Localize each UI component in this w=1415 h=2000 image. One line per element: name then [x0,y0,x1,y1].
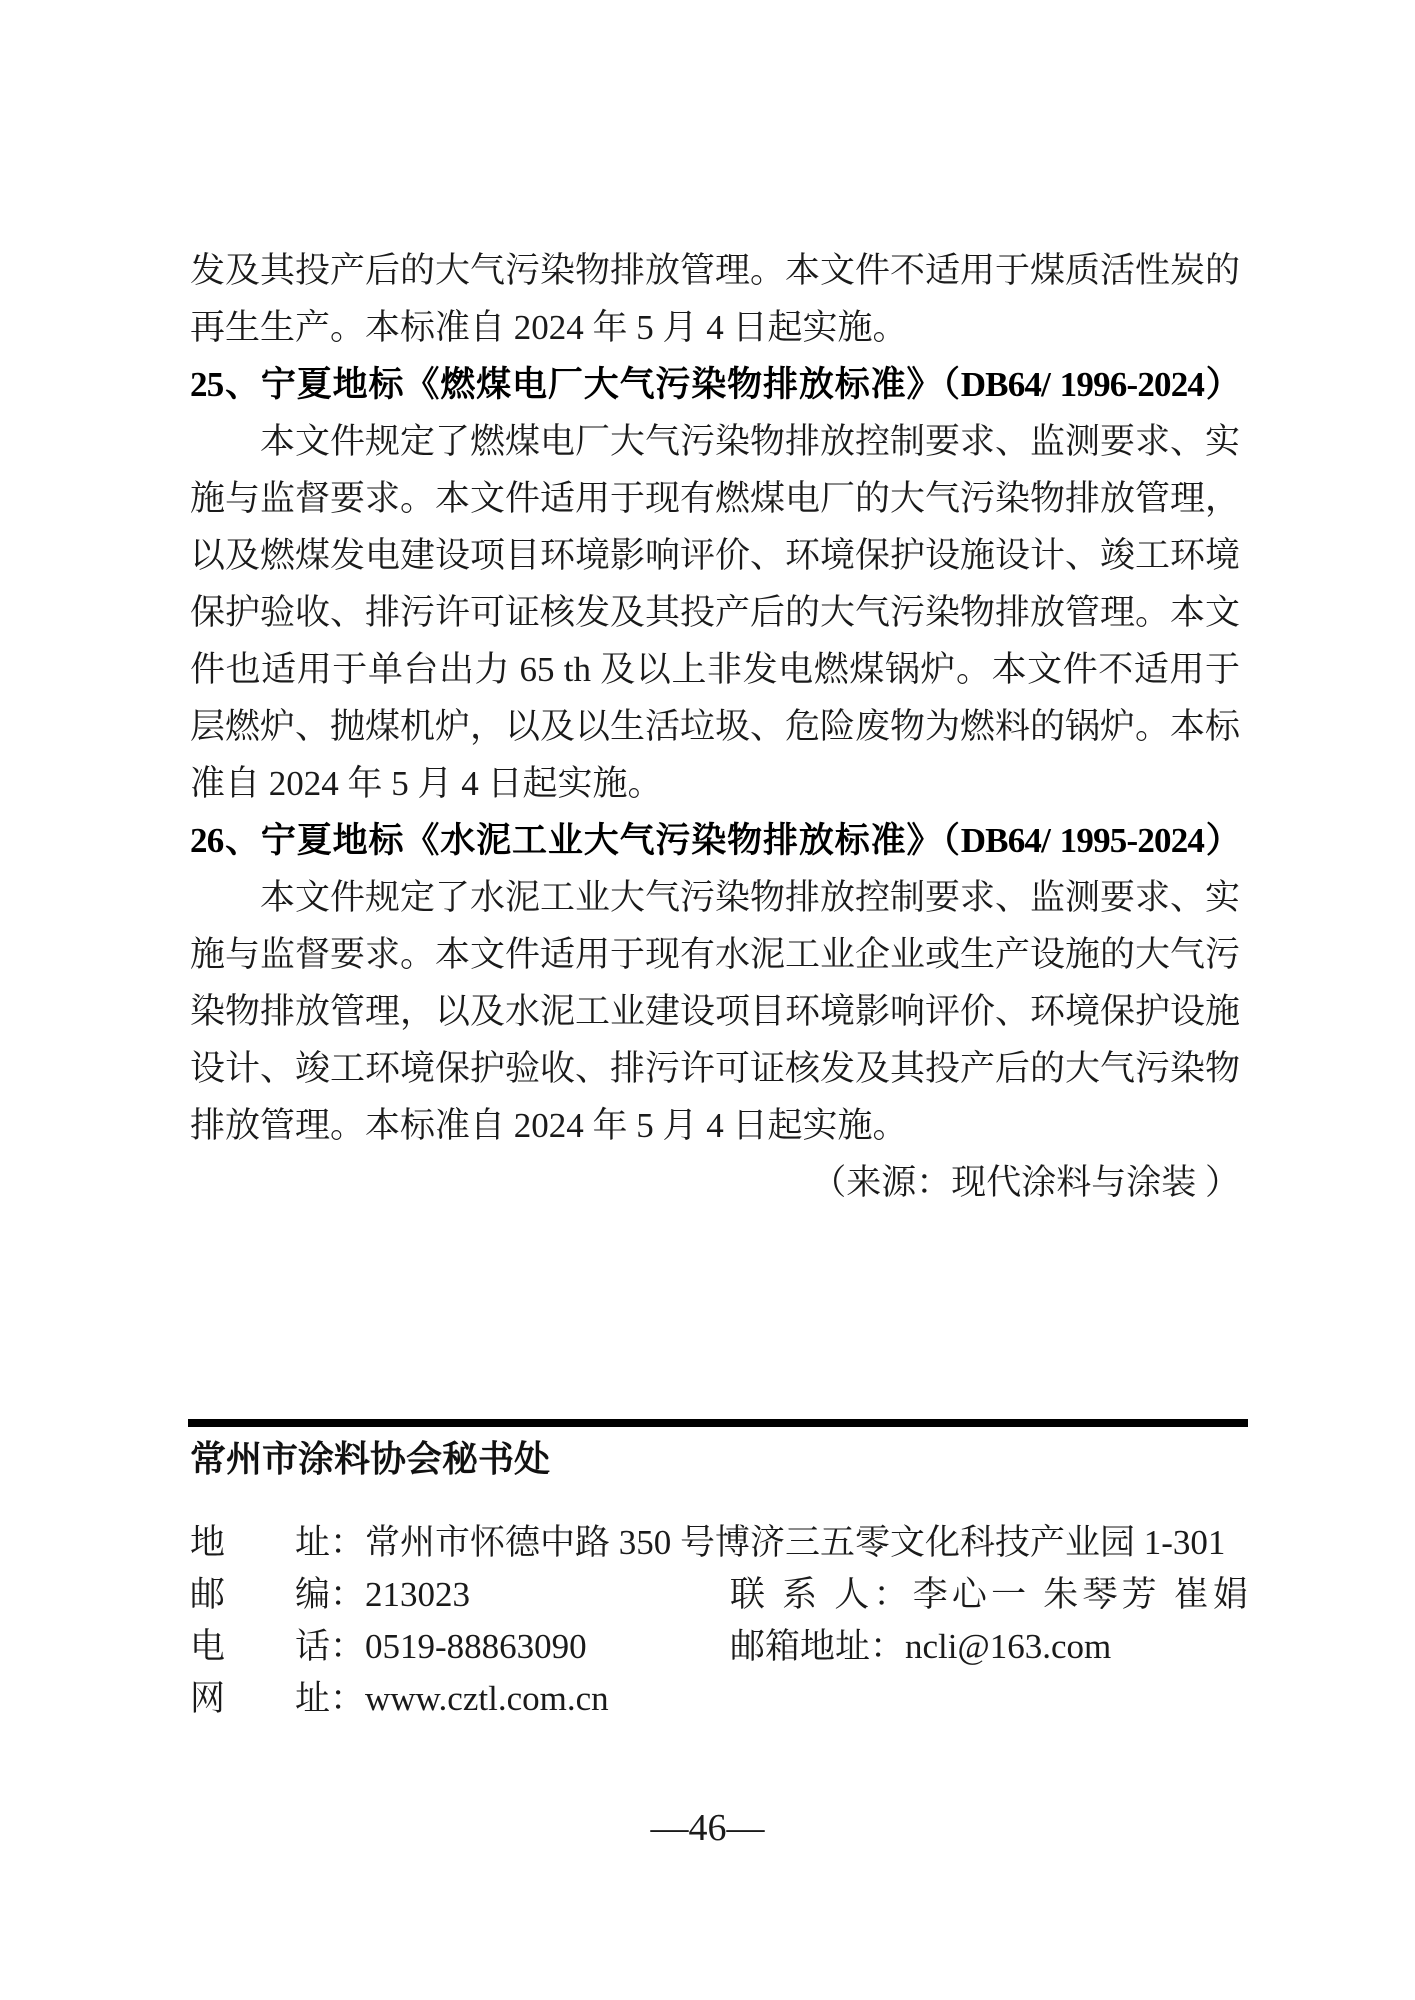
footer-divider [188,1419,1248,1427]
body-line: 准自 2024 年 5 月 4 日起实施。 [190,755,1240,812]
text-block: 发及其投产后的大气污染物排放管理。本文件不适用于煤质活性炭的 再生生产。本标准自… [190,242,1240,1211]
body-line: 施与监督要求。本文件适用于现有燃煤电厂的大气污染物排放管理， [190,470,1240,527]
body-line: 发及其投产后的大气污染物排放管理。本文件不适用于煤质活性炭的 [190,242,1240,299]
body-line: 施与监督要求。本文件适用于现有水泥工业企业或生产设施的大气污 [190,926,1240,983]
source-line: （来源：现代涂料与涂装 ） [190,1154,1240,1211]
body-line: 保护验收、排污许可证核发及其投产后的大气污染物排放管理。本文 [190,584,1240,641]
contact-postcode: 邮 编：213023 [190,1569,730,1621]
body-line: 设计、竣工环境保护验收、排污许可证核发及其投产后的大气污染物 [190,1040,1240,1097]
section-heading-25: 25、宁夏地标《燃煤电厂大气污染物排放标准》（DB64/ 1996-2024） [190,356,1240,413]
body-line: 染物排放管理，以及水泥工业建设项目环境影响评价、环境保护设施 [190,983,1240,1040]
contact-website: 网 址：www.cztl.com.cn [190,1673,730,1725]
contact-row-address: 地 址：常州市怀德中路 350 号博济三五零文化科技产业园 1-301 [190,1517,1248,1569]
body-line: 本文件规定了水泥工业大气污染物排放控制要求、监测要求、实 [190,869,1240,926]
contact-address-extra [730,1517,1248,1569]
body-line: 本文件规定了燃煤电厂大气污染物排放控制要求、监测要求、实 [190,413,1240,470]
contact-phone: 电 话：0519-88863090 [190,1621,730,1673]
body-line: 再生生产。本标准自 2024 年 5 月 4 日起实施。 [190,299,1240,356]
contact-address: 地 址：常州市怀德中路 350 号博济三五零文化科技产业园 1-301 [190,1517,730,1569]
document-page: 发及其投产后的大气污染物排放管理。本文件不适用于煤质活性炭的 再生生产。本标准自… [0,0,1415,2000]
contact-persons: 联 系 人：李心一 朱琴芳 崔娟 [730,1569,1248,1621]
org-name: 常州市涂料协会秘书处 [190,1437,1250,1481]
body-line: 层燃炉、抛煤机炉，以及以生活垃圾、危险废物为燃料的锅炉。本标 [190,698,1240,755]
body-line: 件也适用于单台出力 65 th 及以上非发电燃煤锅炉。本文件不适用于 [190,641,1240,698]
body-line: 以及燃煤发电建设项目环境影响评价、环境保护设施设计、竣工环境 [190,527,1240,584]
contact-website-extra [730,1673,1248,1725]
contact-row-website: 网 址：www.cztl.com.cn [190,1673,1248,1725]
contact-row-phone: 电 话：0519-88863090 邮箱地址：ncli@163.com [190,1621,1248,1673]
section-heading-26: 26、宁夏地标《水泥工业大气污染物排放标准》（DB64/ 1995-2024） [190,812,1240,869]
page-number: —46— [0,1806,1415,1850]
contact-block: 地 址：常州市怀德中路 350 号博济三五零文化科技产业园 1-301 邮 编：… [190,1517,1248,1725]
body-line: 排放管理。本标准自 2024 年 5 月 4 日起实施。 [190,1097,1240,1154]
contact-email: 邮箱地址：ncli@163.com [730,1621,1248,1673]
contact-row-postcode: 邮 编：213023 联 系 人：李心一 朱琴芳 崔娟 [190,1569,1248,1621]
